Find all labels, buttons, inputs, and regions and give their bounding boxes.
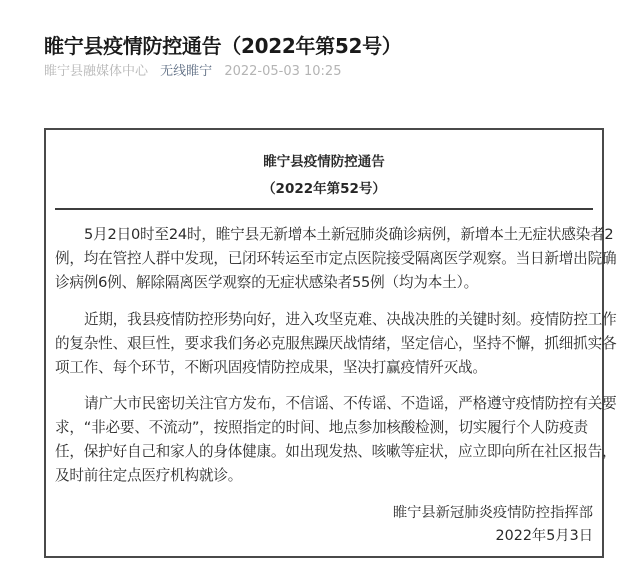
paragraph-line: 例，均在管控人群中发现，已闭环转运至市定点医院接受隔离医学观察。当日新增出院确	[55, 247, 594, 271]
signature-organization: 睢宁县新冠肺炎疫情防控指挥部	[393, 502, 593, 524]
paragraph-line: 任，保护好自己和家人的身体健康。如出现发热、咳嗽等症状，应立即向所在社区报告，	[55, 440, 594, 464]
paragraph-line: 请广大市民密切关注官方发布，不信谣、不传谣、不造谣，严格遵守疫情防控有关要	[55, 392, 594, 416]
paragraph-line: 近期，我县疫情防控形势向好，进入攻坚克难、决战决胜的关键时刻。疫情防控工作	[55, 308, 594, 332]
paragraph-1: 5月2日0时至24时，睢宁县无新增本土新冠肺炎确诊病例，新增本土无症状感染者2 …	[55, 223, 594, 295]
notice-number: （2022年第52号）	[46, 179, 602, 199]
paragraph-2: 近期，我县疫情防控形势向好，进入攻坚克难、决战决胜的关键时刻。疫情防控工作 的复…	[55, 308, 594, 380]
publish-datetime: 2022-05-03 10:25	[224, 64, 341, 79]
paragraph-line: 的复杂性、艰巨性，要求我们务必克服焦躁厌战情绪，坚定信心，坚持不懈，抓细抓实各	[55, 332, 594, 356]
paragraph-line: 求，“非必要、不流动”，按照指定的时间、地点参加核酸检测，切实履行个人防疫责	[55, 416, 594, 440]
paragraph-3: 请广大市民密切关注官方发布，不信谣、不传谣、不造谣，严格遵守疫情防控有关要 求，…	[55, 392, 594, 488]
paragraph-line: 诊病例6例、解除隔离医学观察的无症状感染者55例（均为本土）。	[55, 271, 594, 295]
article-title: 睢宁县疫情防控通告（2022年第52号）	[44, 32, 402, 60]
article-meta: 睢宁县融媒体中心 无线睢宁 2022-05-03 10:25	[44, 63, 349, 81]
paragraph-line: 5月2日0时至24时，睢宁县无新增本土新冠肺炎确诊病例，新增本土无症状感染者2	[55, 223, 594, 247]
heading-divider	[55, 208, 593, 210]
notice-document: 睢宁县疫情防控通告 （2022年第52号） 5月2日0时至24时，睢宁县无新增本…	[44, 128, 604, 558]
account-link[interactable]: 无线睢宁	[160, 64, 212, 79]
source-label: 睢宁县融媒体中心	[44, 64, 148, 79]
paragraph-line: 项工作、每个环节，不断巩固疫情防控成果，坚决打赢疫情歼灭战。	[55, 356, 594, 380]
paragraph-line: 及时前往定点医疗机构就诊。	[55, 464, 594, 488]
notice-heading: 睢宁县疫情防控通告	[46, 152, 602, 172]
signature-date: 2022年5月3日	[496, 525, 593, 547]
